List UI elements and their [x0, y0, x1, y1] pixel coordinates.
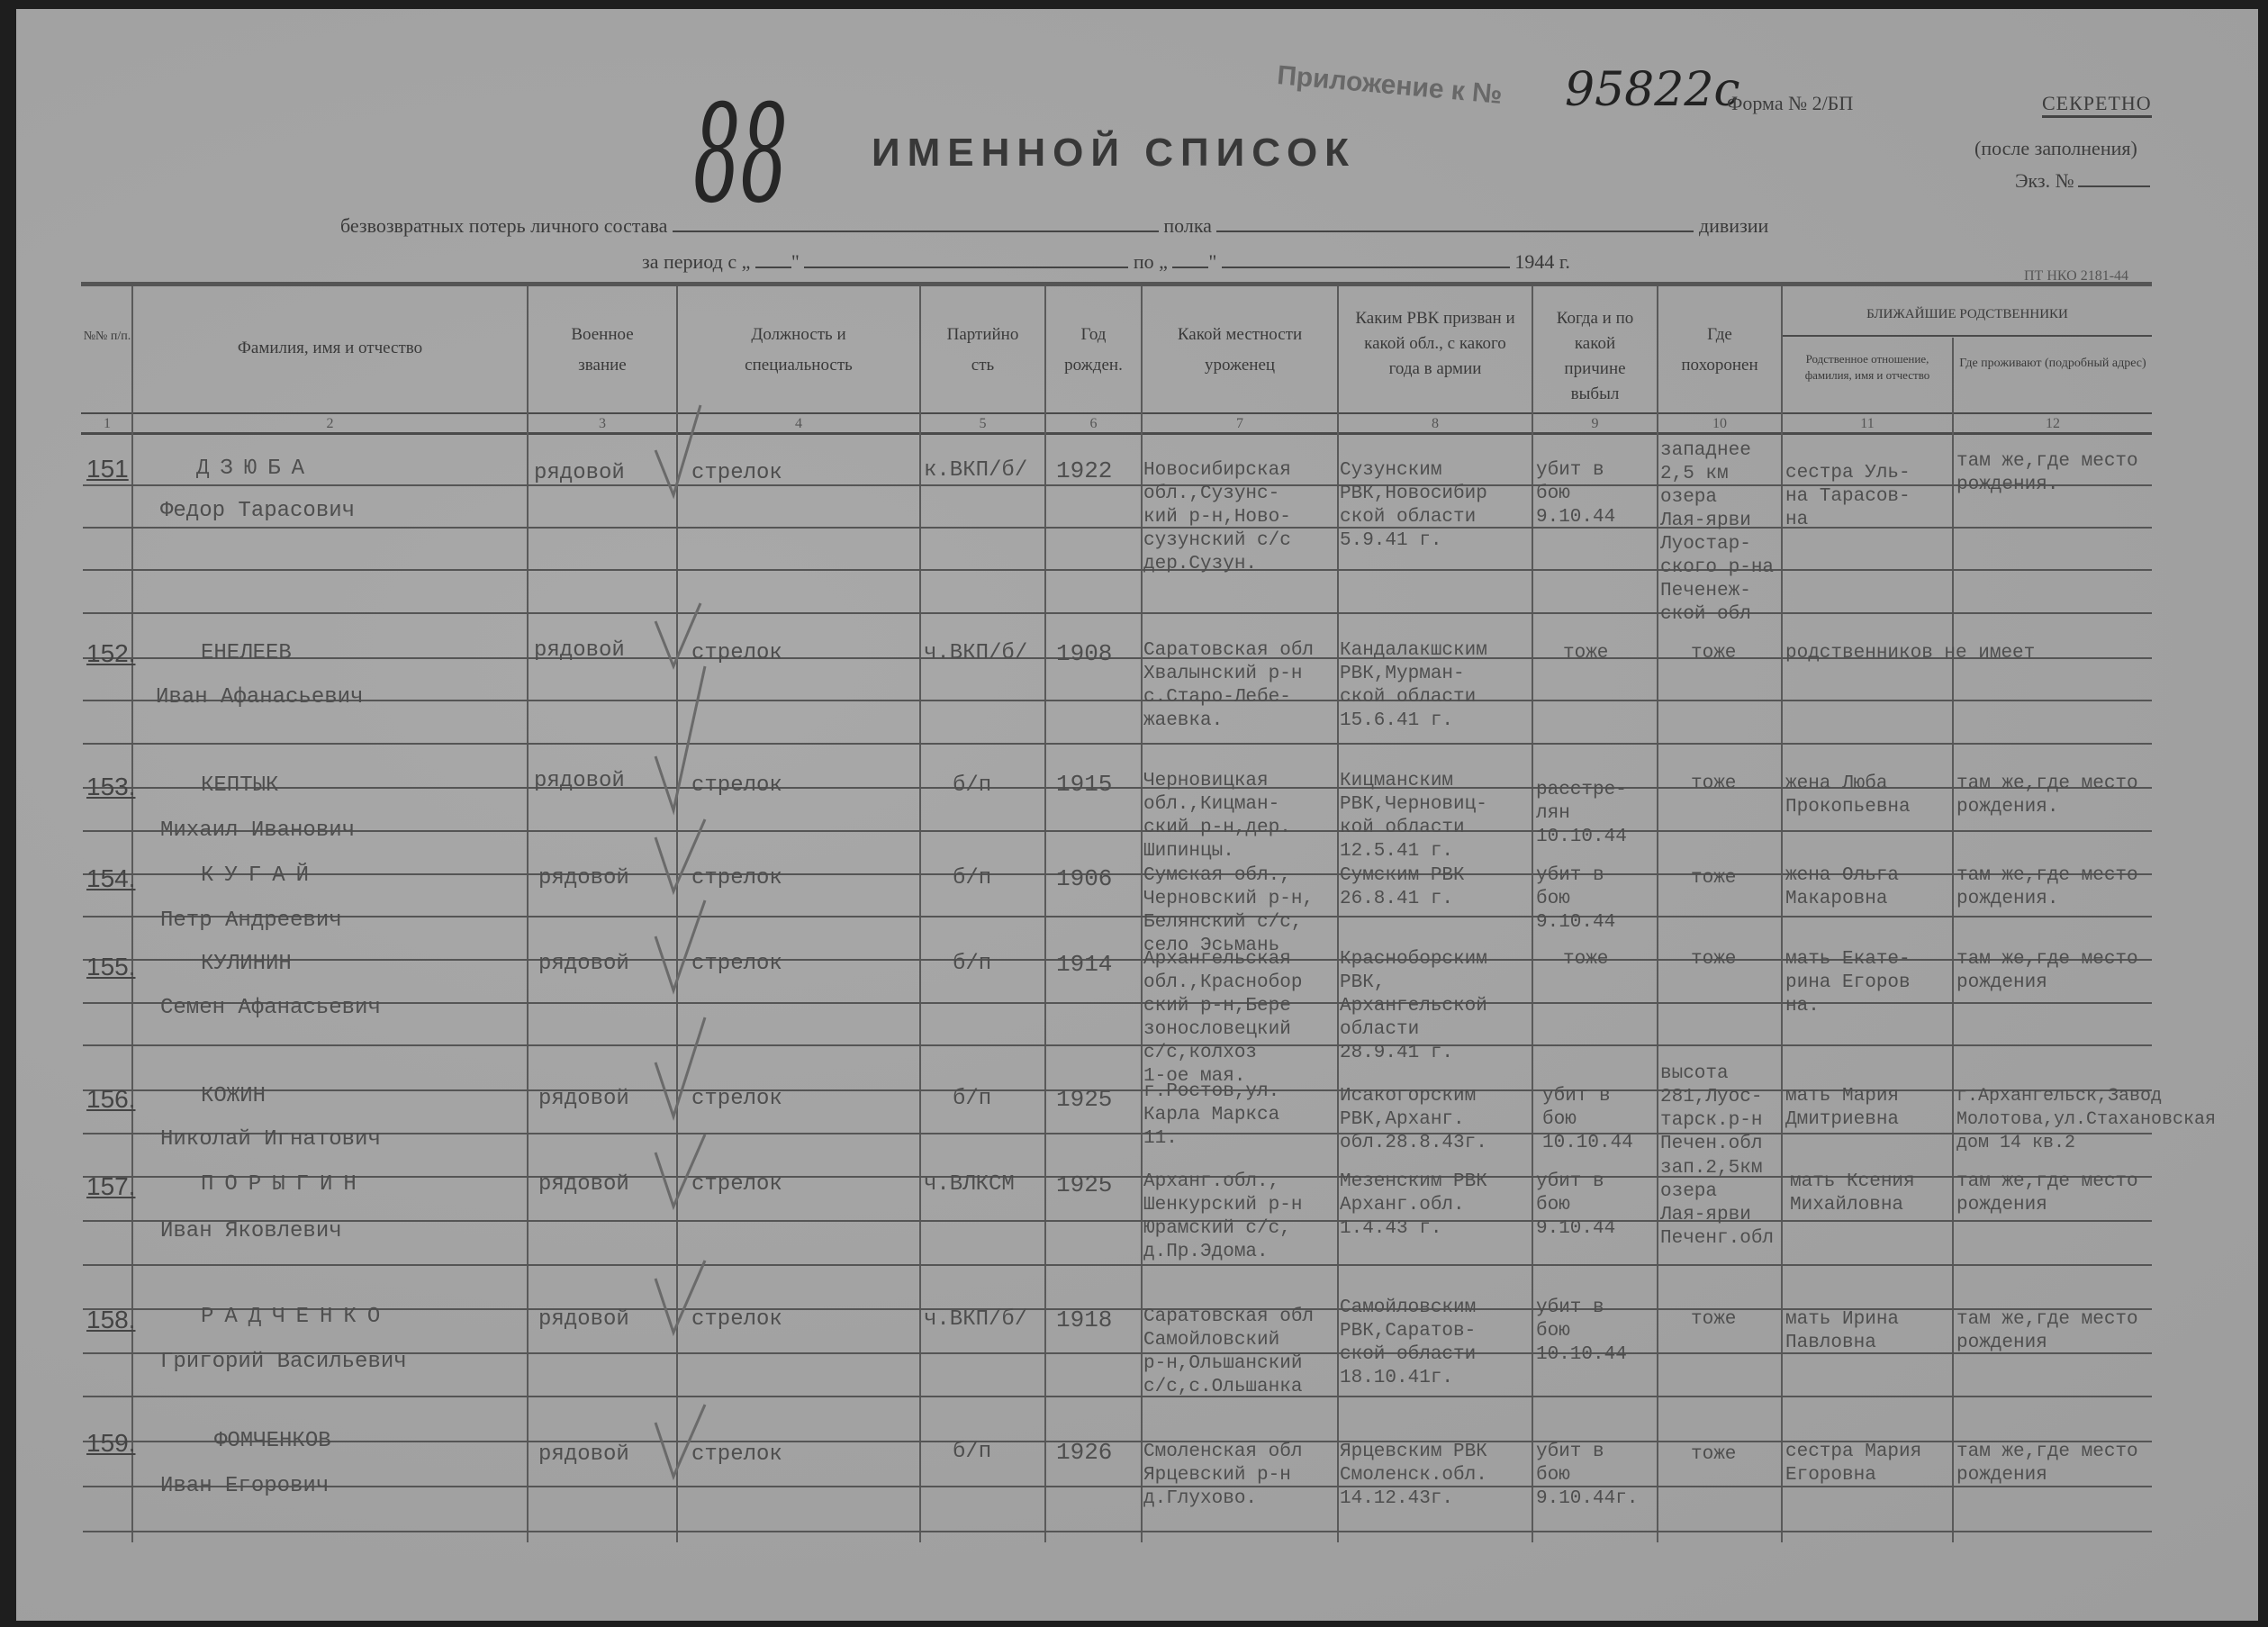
party-membership: б/п [953, 867, 991, 890]
header-col-3: Военное звание [529, 320, 676, 381]
document-sheet: 88 Приложение к № 95822с Форма № 2/БП СЕ… [16, 9, 2258, 1621]
burial-place: тоже [1691, 948, 1736, 972]
kin-address: г.Архангельск,Завод Молотова,ул.Стаханов… [1956, 1085, 2216, 1155]
header-col-10: Где похоронен [1658, 320, 1781, 381]
date-and-cause: тоже [1563, 948, 1608, 972]
kin-address: там же,где место рождения [1956, 1441, 2138, 1487]
given-names: Семен Афанасьевич [160, 997, 381, 1020]
next-of-kin: родственников не имеет [1785, 642, 2035, 665]
military-rank: рядовой [538, 1443, 629, 1467]
ruled-line [83, 1220, 2152, 1222]
column-number: 2 [133, 416, 527, 432]
burial-place: тоже [1691, 642, 1736, 665]
secrecy-label: СЕКРЕТНО [2042, 92, 2152, 118]
military-rank: рядовой [538, 1173, 629, 1197]
column-number: 8 [1339, 416, 1532, 432]
surname: КУГАЙ [201, 864, 320, 888]
period-year: 1944 г. [1514, 250, 1570, 273]
kin-address: там же,где место рождения [1956, 1308, 2138, 1355]
column-number-bottom-border [81, 432, 2152, 435]
checkmark-icon [655, 1405, 705, 1477]
next-of-kin: сестра Уль- на Тарасов- на [1785, 462, 1911, 532]
subtitle-prefix: безвозвратных потерь личного состава [340, 214, 667, 237]
period-prefix: за период с „ [642, 250, 750, 273]
conscription-office: Красноборским РВК, Архангельской области… [1340, 948, 1487, 1065]
date-and-cause: убит в бою 10.10.44 [1542, 1085, 1633, 1155]
party-membership: б/п [953, 1088, 991, 1111]
ruled-line [83, 1531, 2152, 1532]
subtitle-line: безвозвратных потерь личного состава пол… [340, 214, 1768, 238]
table-top-border [81, 282, 2152, 286]
period-from-month-blank [804, 254, 1128, 268]
surname: КЕПТЫК [201, 774, 278, 798]
row-number: 152. [86, 639, 136, 668]
checkmark-icon [655, 1261, 705, 1333]
row-number: 159. [86, 1429, 136, 1458]
unit-blank [673, 218, 1159, 232]
kin-address: там же,где место рождения. [1956, 864, 2138, 911]
column-number: 9 [1533, 416, 1657, 432]
period-to-label: по „ [1134, 250, 1168, 273]
burial-place: тоже [1691, 1308, 1736, 1332]
handwritten-sheet-number: 88 [693, 77, 788, 233]
date-and-cause: убит в бою 9.10.44г. [1536, 1441, 1638, 1511]
row-number: 154. [86, 864, 136, 893]
checkmark-icon [655, 819, 705, 891]
page-title: ИМЕННОЙ СПИСОК [872, 131, 1356, 176]
burial-place: тоже [1691, 773, 1736, 796]
military-rank: рядовой [538, 867, 629, 890]
division-label: дивизии [1699, 214, 1768, 237]
kin-address: там же,где место рождения [1956, 1171, 2138, 1217]
given-names: Николай Игнатович [160, 1128, 381, 1152]
birthplace: Арханг.обл., Шенкурский р-н Юрамский с/с… [1143, 1171, 1302, 1264]
header-col-9: Когда и по какой причине выбыл [1533, 306, 1657, 407]
ruled-line [83, 830, 2152, 832]
birth-year: 1925 [1056, 1173, 1112, 1197]
checkmark-icon [655, 666, 705, 810]
period-line: за период с „ " по „ " 1944 г. [642, 250, 1570, 274]
header-col-2: Фамилия, имя и отчество [133, 333, 527, 364]
header-col-7: Какой местности уроженец [1143, 320, 1337, 381]
burial-place: западнее 2,5 км озера Лая-ярви Луостар- … [1660, 439, 1774, 627]
birth-year: 1918 [1056, 1308, 1112, 1332]
ruled-line [83, 569, 2152, 571]
header-col-8: Каким РВК призван и какой обл., с какого… [1339, 306, 1532, 382]
checkmark-icon [655, 1017, 705, 1116]
row-number: 157. [86, 1172, 136, 1201]
ruled-line [83, 916, 2152, 917]
birthplace: Саратовская обл Хвалынский р-н с.Старо-Л… [1143, 639, 1314, 733]
row-number: 156. [86, 1085, 136, 1114]
next-of-kin: мать Екате- рина Егоров на. [1785, 948, 1911, 1018]
copy-number-label: Экз. № [2015, 169, 2150, 193]
column-number: 12 [1954, 416, 2152, 432]
military-rank: рядовой [538, 953, 629, 976]
after-fill-label: (после заполнения) [1974, 137, 2137, 160]
birthplace: г.Ростов,ул. Карла Маркса 11. [1143, 1080, 1279, 1151]
next-of-kin: жена Ольга Макаровна [1785, 864, 1899, 911]
conscription-office: Исакогорским РВК,Арханг. обл.28.8.43г. [1340, 1085, 1487, 1155]
surname: ПОРЫГИН [201, 1173, 367, 1197]
date-and-cause: убит в бою 9.10.44 [1536, 459, 1615, 529]
row-number: 151 [86, 455, 129, 484]
birth-year: 1906 [1056, 867, 1112, 890]
party-membership: б/п [953, 1441, 991, 1464]
burial-place: высота 281,Луос- тарск.р-н Печен.обл [1660, 1062, 1762, 1156]
column-number: 6 [1046, 416, 1141, 432]
military-rank: рядовой [534, 639, 625, 663]
burial-place: тоже [1691, 867, 1736, 890]
kin-address: там же,где место рождения [1956, 948, 2138, 995]
next-of-kin: жена Люба Прокопьевна [1785, 773, 1911, 819]
next-of-kin: мать Ксения Михайловна [1790, 1171, 1915, 1217]
header-col-1: №№ п/п. [83, 329, 131, 345]
party-membership: к.ВКП/б/ [924, 459, 1027, 483]
given-names: Иван Егорович [160, 1475, 329, 1498]
birth-year: 1915 [1056, 773, 1112, 796]
surname: КУЛИНИН [201, 953, 292, 976]
burial-place: зап.2,5км озера Лая-ярви Печенг.обл [1660, 1157, 1774, 1251]
ruled-line [83, 700, 2152, 701]
date-and-cause: убит в бою 10.10.44 [1536, 1297, 1627, 1367]
given-names: Петр Андреевич [160, 909, 342, 933]
copy-label: Экз. № [2015, 169, 2074, 192]
row-number: 155. [86, 953, 136, 981]
conscription-office: Кицманским РВК,Черновиц- кой области 12.… [1340, 770, 1487, 863]
birthplace: Смоленская обл Ярцевский р-н д.Глухово. [1143, 1441, 1302, 1511]
birthplace: Саратовская обл Самойловский р-н,Ольшанс… [1143, 1306, 1314, 1399]
military-rank: рядовой [538, 1088, 629, 1111]
header-col-5: Партийность [921, 320, 1044, 381]
header-col-12: Где проживают (подробный адрес) [1954, 356, 2152, 372]
date-and-cause: убит в бою 9.10.44 [1536, 1171, 1615, 1241]
relatives-group-divider [1783, 335, 2152, 337]
header-col-6: Год рожден. [1046, 320, 1141, 381]
regiment-label: полка [1163, 214, 1212, 237]
military-rank: рядовой [534, 462, 625, 485]
conscription-office: Сумским РВК 26.8.41 г. [1340, 864, 1465, 911]
ruled-line [83, 1133, 2152, 1134]
next-of-kin: мать Ирина Павловна [1785, 1308, 1899, 1355]
handwritten-reference: 95822с [1565, 63, 1740, 117]
column-number: 1 [83, 416, 131, 432]
period-to-day-blank [1172, 254, 1208, 268]
kin-address: там же,где место рождения. [1956, 450, 2138, 497]
row-number: 158. [86, 1306, 136, 1334]
surname: КОЖИН [201, 1085, 266, 1108]
regiment-blank [1216, 218, 1694, 232]
checkmark-icon [655, 405, 700, 495]
birth-year: 1926 [1056, 1441, 1112, 1464]
ruled-line [83, 1396, 2152, 1397]
column-number: 11 [1783, 416, 1952, 432]
checkmark-icons [637, 396, 736, 1540]
birthplace: Сумская обл., Черновский р-н, Белянский … [1143, 864, 1314, 958]
birth-year: 1922 [1056, 459, 1112, 483]
party-membership: ч.ВКП/б/ [924, 642, 1027, 665]
given-names: Иван Афанасьевич [156, 686, 363, 710]
row-number: 153. [86, 773, 136, 801]
checkmark-icon [655, 1134, 705, 1207]
period-from-day-blank [755, 254, 791, 268]
military-rank: рядовой [538, 1308, 629, 1332]
ruled-line [83, 1264, 2152, 1266]
conscription-office: Ярцевским РВК Смоленск.обл. 14.12.43г. [1340, 1441, 1487, 1511]
column-number: 10 [1658, 416, 1781, 432]
checkmark-icon [655, 900, 705, 990]
ruled-line [83, 612, 2152, 614]
birth-year: 1908 [1056, 642, 1112, 665]
birthplace: Черновицкая обл.,Кицман- ский р-н,дер. Ш… [1143, 770, 1291, 863]
party-membership: ч.ВЛКСМ [924, 1173, 1015, 1197]
copy-number-blank [2078, 185, 2150, 187]
surname: ДЗЮБА [196, 457, 315, 481]
birthplace: Архангельская обл.,Краснобор ский р-н,Бе… [1143, 948, 1302, 1089]
header-bottom-border [81, 412, 2152, 414]
ruled-line [83, 1044, 2152, 1046]
relatives-group-header: БЛИЖАЙШИЕ РОДСТВЕННИКИ [1783, 306, 2152, 322]
party-membership: б/п [953, 953, 991, 976]
given-names: Михаил Иванович [160, 819, 355, 843]
column-number: 7 [1143, 416, 1337, 432]
next-of-kin: сестра Мария Егоровна [1785, 1441, 1921, 1487]
given-names: Григорий Васильевич [160, 1351, 407, 1374]
birth-year: 1914 [1056, 953, 1112, 976]
date-and-cause: тоже [1563, 642, 1608, 665]
conscription-office: Мезенским РВК Арханг.обл. 1.4.43 г. [1340, 1171, 1487, 1241]
form-label: Форма № 2/БП [1727, 92, 1853, 115]
conscription-office: Сузунским РВК,Новосибир ской области 5.9… [1340, 459, 1487, 553]
header-col-11: Родственное отношение, фамилия, имя и от… [1783, 351, 1952, 384]
conscription-office: Кандалакшским РВК,Мурман- ской области 1… [1340, 639, 1487, 733]
checkmark-icon [655, 603, 700, 666]
ruled-line [83, 743, 2152, 745]
date-and-cause: расстре- лян 10.10.44 [1536, 779, 1627, 849]
party-membership: б/п [953, 774, 991, 798]
given-names: Иван Яковлевич [160, 1220, 342, 1243]
burial-place: тоже [1691, 1443, 1736, 1467]
military-rank: рядовой [534, 770, 625, 793]
given-names: Федор Тарасович [160, 500, 355, 523]
next-of-kin: мать Мария Дмитриевна [1785, 1085, 1899, 1132]
kin-address: там же,где место рождения. [1956, 773, 2138, 819]
birthplace: Новосибирская обл.,Сузунс- кий р-н,Ново-… [1143, 459, 1291, 576]
col-divider [1952, 338, 1954, 1542]
surname: ЕНЕЛЕЕВ [201, 642, 292, 665]
attachment-stamp: Приложение к № [1276, 60, 1504, 111]
birth-year: 1925 [1056, 1088, 1112, 1111]
date-and-cause: убит в бою 9.10.44 [1536, 864, 1615, 935]
header-col-4: Должность и специальность [678, 320, 919, 381]
period-to-month-blank [1222, 254, 1510, 268]
surname: ФОМЧЕНКОВ [214, 1430, 331, 1453]
column-number: 5 [921, 416, 1044, 432]
party-membership: ч.ВКП/б/ [924, 1308, 1027, 1332]
conscription-office: Самойловским РВК,Саратов- ской области 1… [1340, 1297, 1476, 1390]
surname: РАДЧЕНКО [201, 1306, 391, 1329]
